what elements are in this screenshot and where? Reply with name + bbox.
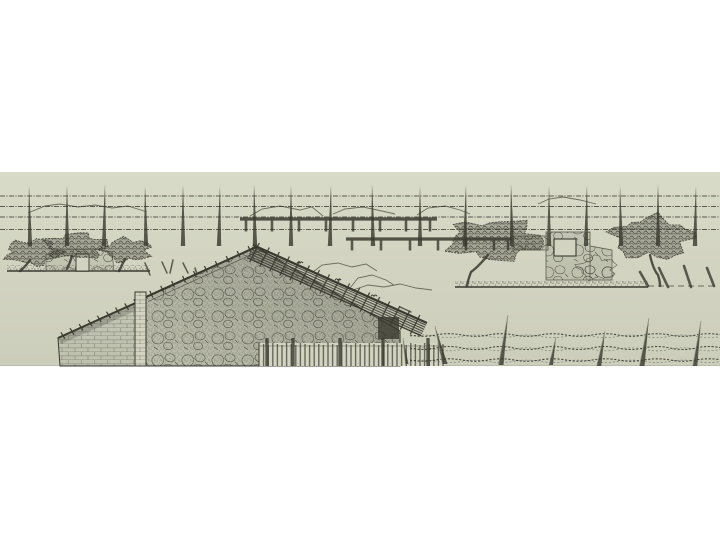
photo-background: Pen-and-ink landscape drawing on pale sa… bbox=[0, 0, 720, 540]
fence-post bbox=[426, 338, 429, 366]
barn-opening bbox=[378, 317, 399, 339]
artwork-canvas: Pen-and-ink landscape drawing on pale sa… bbox=[0, 0, 720, 540]
fence-post bbox=[291, 338, 294, 366]
fence-post bbox=[265, 338, 268, 366]
fence-post bbox=[381, 338, 384, 366]
fence-post bbox=[338, 338, 341, 366]
ruin-window bbox=[554, 239, 576, 256]
